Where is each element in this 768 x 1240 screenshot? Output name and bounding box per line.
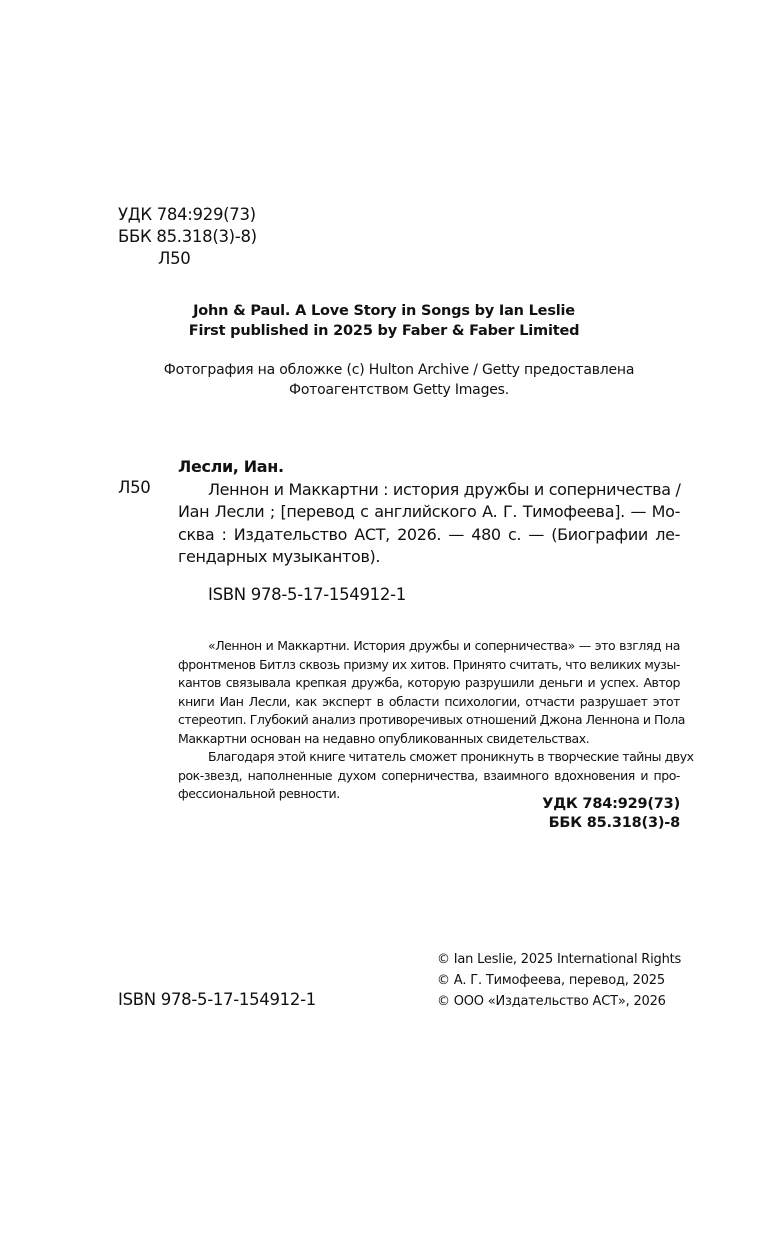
annotation-line: кантов связывала крепкая дружба, которую… [178,674,680,693]
entry-author: Лесли, Иан. [178,456,680,479]
photo-credit: Фотография на обложке (c) Hulton Archive… [0,360,768,400]
annotation-line: стереотип. Глубокий анализ противоречивы… [178,711,680,730]
entry-description-line: сква : Издательство АСТ, 2026. — 480 с. … [178,524,680,547]
annotation-line: рок-звезд, наполненные духом соперничест… [178,767,680,786]
entry-description: Леннон и Маккартни : история дружбы и со… [178,479,680,569]
bibliographic-entry: Лесли, Иан. Леннон и Маккартни : история… [178,456,680,569]
entry-isbn: ISBN 978-5-17-154912-1 [208,585,406,604]
entry-description-line: гендарных музыкантов). [178,546,680,569]
annotation-line: Маккартни основан на недавно опубликован… [178,730,680,749]
annotation-bbk: ББК 85.318(3)-8 [542,814,680,833]
entry-description-line: Иан Лесли ; [перевод с английского А. Г.… [178,501,680,524]
copyright-line: © ООО «Издательство АСТ», 2026 [437,991,681,1012]
original-publisher: First published in 2025 by Faber & Faber… [0,321,768,341]
annotation-line: Благодаря этой книге читатель сможет про… [178,748,680,767]
photo-credit-line-1: Фотография на обложке (c) Hulton Archive… [0,360,768,380]
top-classification: УДК 784:929(73) ББК 85.318(3)-8) Л50 [118,204,257,270]
bottom-isbn: ISBN 978-5-17-154912-1 [118,990,316,1009]
annotation-line: книги Иан Лесли, как эксперт в области п… [178,693,680,712]
copyright-line: © А. Г. Тимофеева, перевод, 2025 [437,970,681,991]
original-edition: John & Paul. A Love Story in Songs by Ia… [0,301,768,341]
annotation-line: «Леннон и Маккартни. История дружбы и со… [178,637,680,656]
udk-code: УДК 784:929(73) [118,204,257,226]
author-mark: Л50 [118,248,257,270]
entry-description-line: Леннон и Маккартни : история дружбы и со… [178,479,680,502]
annotation-udk: УДК 784:929(73) [542,795,680,814]
annotation-classification: УДК 784:929(73) ББК 85.318(3)-8 [542,795,680,833]
entry-author-mark: Л50 [118,478,151,497]
copyright-block: © Ian Leslie, 2025 International Rights … [437,949,681,1012]
copyright-line: © Ian Leslie, 2025 International Rights [437,949,681,970]
annotation: «Леннон и Маккартни. История дружбы и со… [178,637,680,804]
original-title: John & Paul. A Love Story in Songs by Ia… [0,301,768,321]
annotation-line: фронтменов Битлз сквозь призму их хитов.… [178,656,680,675]
bbk-code: ББК 85.318(3)-8) [118,226,257,248]
photo-credit-line-2: Фотоагентством Getty Images. [0,380,768,400]
